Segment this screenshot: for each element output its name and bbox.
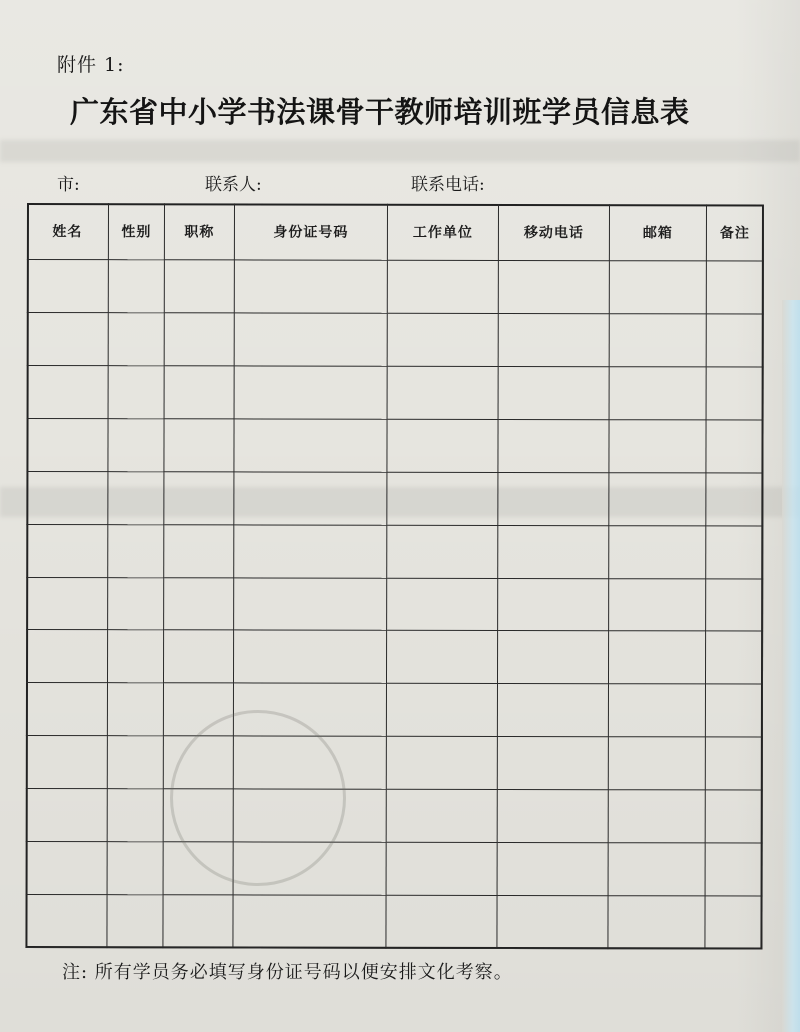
scan-bleed-band xyxy=(0,140,800,162)
table-cell-gender[interactable] xyxy=(108,736,164,789)
table-cell-mobile[interactable] xyxy=(498,631,609,684)
table-cell-workplace[interactable] xyxy=(387,631,498,684)
scan-right-edge xyxy=(782,300,800,1032)
column-header-email: 邮箱 xyxy=(610,204,707,261)
table-cell-remarks[interactable] xyxy=(707,261,764,314)
table-cell-id-number[interactable] xyxy=(234,684,387,737)
table-cell-mobile[interactable] xyxy=(499,314,610,367)
table-cell-name[interactable] xyxy=(27,366,109,419)
table-cell-gender[interactable] xyxy=(108,525,164,578)
table-cell-email[interactable] xyxy=(609,632,706,685)
table-cell-remarks[interactable] xyxy=(706,791,763,844)
table-cell-gender[interactable] xyxy=(109,260,165,313)
table-cell-id-number[interactable] xyxy=(235,313,388,366)
table-cell-id-number[interactable] xyxy=(234,631,387,684)
table-cell-title[interactable] xyxy=(164,419,234,472)
table-cell-title[interactable] xyxy=(163,895,233,948)
table-cell-id-number[interactable] xyxy=(234,419,387,472)
table-cell-gender[interactable] xyxy=(108,842,164,895)
contact-phone-label: 联系电话: xyxy=(411,170,485,195)
table-cell-mobile[interactable] xyxy=(498,843,609,896)
table-cell-id-number[interactable] xyxy=(234,737,387,790)
table-cell-remarks[interactable] xyxy=(706,632,763,685)
table-cell-title[interactable] xyxy=(165,366,235,419)
table-cell-remarks[interactable] xyxy=(706,420,763,473)
table-cell-gender[interactable] xyxy=(108,419,164,472)
table-cell-mobile[interactable] xyxy=(498,790,609,843)
table-cell-workplace[interactable] xyxy=(387,525,498,578)
table-cell-title[interactable] xyxy=(164,737,234,790)
table-cell-email[interactable] xyxy=(609,526,706,579)
column-header-id-number: 身份证号码 xyxy=(235,203,388,260)
attachment-label: 附件 1: xyxy=(57,50,125,77)
table-cell-workplace[interactable] xyxy=(388,367,499,420)
table-cell-id-number[interactable] xyxy=(234,843,387,896)
table-cell-mobile[interactable] xyxy=(498,526,609,579)
table-cell-name[interactable] xyxy=(26,525,108,578)
table-cell-title[interactable] xyxy=(164,525,234,578)
table-cell-remarks[interactable] xyxy=(706,738,763,791)
table-cell-gender[interactable] xyxy=(108,472,164,525)
table-cell-title[interactable] xyxy=(165,313,235,366)
table-cell-email[interactable] xyxy=(610,261,707,314)
table-cell-email[interactable] xyxy=(609,843,706,896)
contact-person-label: 联系人: xyxy=(205,170,262,195)
table-cell-id-number[interactable] xyxy=(235,260,388,313)
table-cell-name[interactable] xyxy=(27,313,109,366)
table-cell-gender[interactable] xyxy=(108,684,164,737)
table-cell-workplace[interactable] xyxy=(387,684,498,737)
table-cell-id-number[interactable] xyxy=(234,790,387,843)
table-cell-email[interactable] xyxy=(609,473,706,526)
column-header-name: 姓名 xyxy=(27,203,109,260)
column-header-mobile: 移动电话 xyxy=(499,204,610,261)
table-cell-workplace[interactable] xyxy=(388,261,499,314)
table-cell-workplace[interactable] xyxy=(387,790,498,843)
table-cell-remarks[interactable] xyxy=(706,473,763,526)
table-cell-workplace[interactable] xyxy=(386,896,497,949)
footnote: 注: 所有学员务必填写身份证号码以便安排文化考察。 xyxy=(62,958,513,984)
table-cell-remarks[interactable] xyxy=(706,579,763,632)
table-cell-gender[interactable] xyxy=(108,631,164,684)
table-cell-id-number[interactable] xyxy=(234,578,387,631)
table-cell-gender[interactable] xyxy=(108,578,164,631)
table-cell-name[interactable] xyxy=(25,895,107,948)
table-cell-workplace[interactable] xyxy=(387,578,498,631)
table-cell-name[interactable] xyxy=(27,260,109,313)
table-cell-remarks[interactable] xyxy=(706,526,763,579)
city-label: 市: xyxy=(57,170,80,195)
column-header-gender: 性别 xyxy=(109,203,165,260)
table-cell-id-number[interactable] xyxy=(233,895,386,948)
table-cell-email[interactable] xyxy=(609,579,706,632)
table-cell-name[interactable] xyxy=(26,578,108,631)
table-cell-mobile[interactable] xyxy=(497,896,608,949)
table-cell-name[interactable] xyxy=(26,736,108,789)
column-header-title: 职称 xyxy=(165,203,235,260)
page-title: 广东省中小学书法课骨干教师培训班学员信息表 xyxy=(70,90,690,131)
table-cell-name[interactable] xyxy=(26,789,108,842)
table-cell-id-number[interactable] xyxy=(234,525,387,578)
column-header-workplace: 工作单位 xyxy=(388,204,499,261)
table-cell-mobile[interactable] xyxy=(498,473,609,526)
table-cell-email[interactable] xyxy=(610,367,707,420)
table-cell-email[interactable] xyxy=(609,420,706,473)
table-cell-remarks[interactable] xyxy=(707,367,764,420)
table-cell-title[interactable] xyxy=(164,842,234,895)
table-cell-remarks[interactable] xyxy=(706,844,763,897)
table-cell-email[interactable] xyxy=(609,685,706,738)
table-cell-mobile[interactable] xyxy=(498,684,609,737)
table-cell-gender[interactable] xyxy=(107,895,163,948)
table-cell-id-number[interactable] xyxy=(235,366,388,419)
table-cell-title[interactable] xyxy=(165,260,235,313)
table-cell-workplace[interactable] xyxy=(388,314,499,367)
table-cell-email[interactable] xyxy=(609,738,706,791)
table-cell-mobile[interactable] xyxy=(498,579,609,632)
table-cell-remarks[interactable] xyxy=(705,896,762,949)
table-cell-name[interactable] xyxy=(26,842,108,895)
table-cell-workplace[interactable] xyxy=(387,843,498,896)
table-cell-gender[interactable] xyxy=(109,366,165,419)
table-cell-email[interactable] xyxy=(610,314,707,367)
table-cell-gender[interactable] xyxy=(109,313,165,366)
table-cell-title[interactable] xyxy=(164,631,234,684)
table-cell-mobile[interactable] xyxy=(499,367,610,420)
table-cell-workplace[interactable] xyxy=(387,420,498,473)
table-cell-title[interactable] xyxy=(164,578,234,631)
column-header-remarks: 备注 xyxy=(707,204,764,261)
table-cell-name[interactable] xyxy=(26,472,108,525)
table-cell-name[interactable] xyxy=(26,419,108,472)
table-cell-title[interactable] xyxy=(164,790,234,843)
table-cell-name[interactable] xyxy=(26,630,108,683)
table-cell-mobile[interactable] xyxy=(499,261,610,314)
table-cell-title[interactable] xyxy=(164,684,234,737)
table-cell-name[interactable] xyxy=(26,683,108,736)
table-cell-workplace[interactable] xyxy=(387,472,498,525)
table-cell-gender[interactable] xyxy=(108,789,164,842)
table-cell-workplace[interactable] xyxy=(387,737,498,790)
table-cell-mobile[interactable] xyxy=(498,737,609,790)
table-cell-remarks[interactable] xyxy=(706,685,763,738)
table-cell-remarks[interactable] xyxy=(707,314,764,367)
table-cell-mobile[interactable] xyxy=(498,420,609,473)
table-cell-email[interactable] xyxy=(608,896,705,949)
student-info-table: 姓名性别职称身份证号码工作单位移动电话邮箱备注 xyxy=(25,203,764,950)
table-cell-id-number[interactable] xyxy=(234,472,387,525)
table-cell-email[interactable] xyxy=(609,790,706,843)
table-cell-title[interactable] xyxy=(164,472,234,525)
